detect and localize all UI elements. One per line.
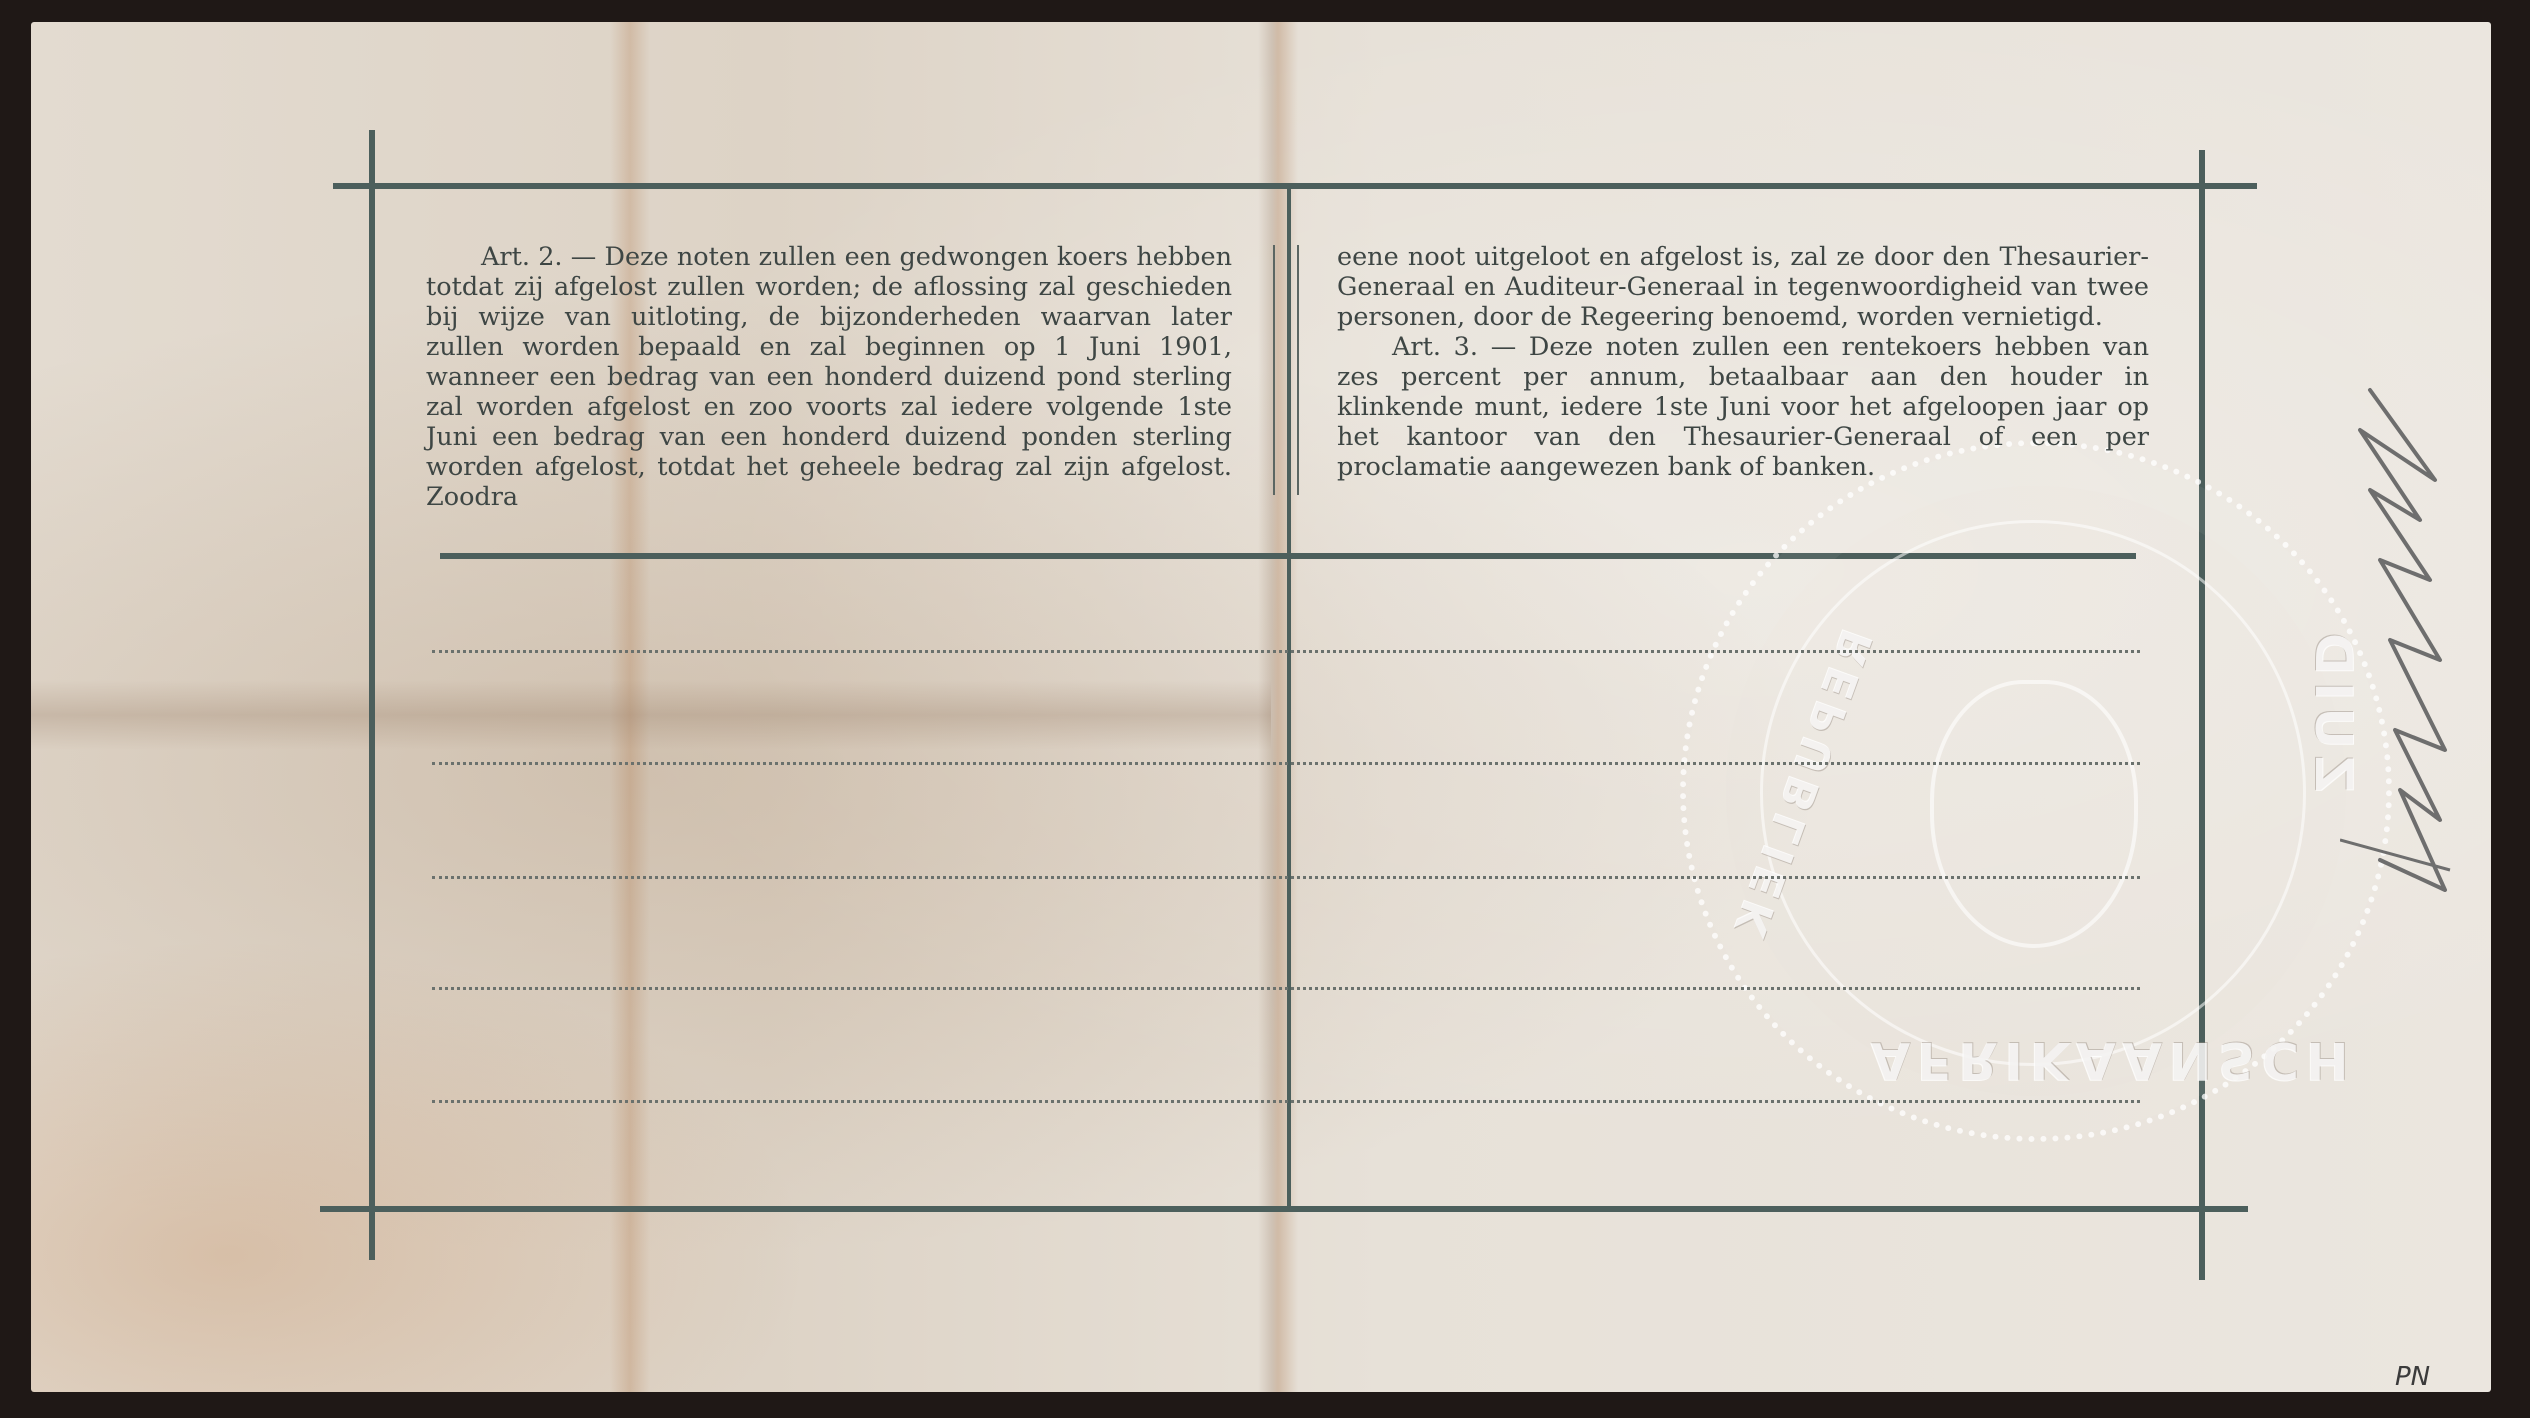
endorsement-line-1	[432, 650, 2140, 653]
endorsement-line-2	[432, 762, 2140, 765]
right-text-column: eene noot uitgeloot en afgelost is, zal …	[1337, 242, 2149, 482]
pencil-mark-pn: PN	[2395, 1362, 2430, 1392]
endorsement-line-4	[432, 987, 2140, 990]
article-3-text: Art. 3. — Deze noten zullen een rentekoe…	[1337, 332, 2149, 482]
handwritten-signature-icon	[2340, 370, 2490, 930]
endorsement-line-3	[432, 876, 2140, 879]
column-divider-right	[1297, 245, 1299, 495]
column-divider-left	[1273, 245, 1275, 495]
coat-of-arms-emblem	[1930, 680, 2138, 948]
endorsement-line-5	[432, 1100, 2140, 1103]
seal-bottom-text: AFRIKAANSCH	[1870, 1030, 2355, 1090]
article-2-text: Art. 2. — Deze noten zullen een gedwonge…	[426, 242, 1232, 512]
center-frame-rule	[1287, 186, 1291, 1211]
frame-left-rule	[369, 130, 375, 1260]
horizontal-fold-crease	[31, 680, 1271, 750]
frame-bottom-rule	[320, 1206, 2248, 1212]
article-2-continuation: eene noot uitgeloot en afgelost is, zal …	[1337, 242, 2149, 332]
frame-top-rule	[333, 183, 2257, 189]
article-2-column: Art. 2. — Deze noten zullen een gedwonge…	[426, 242, 1232, 512]
